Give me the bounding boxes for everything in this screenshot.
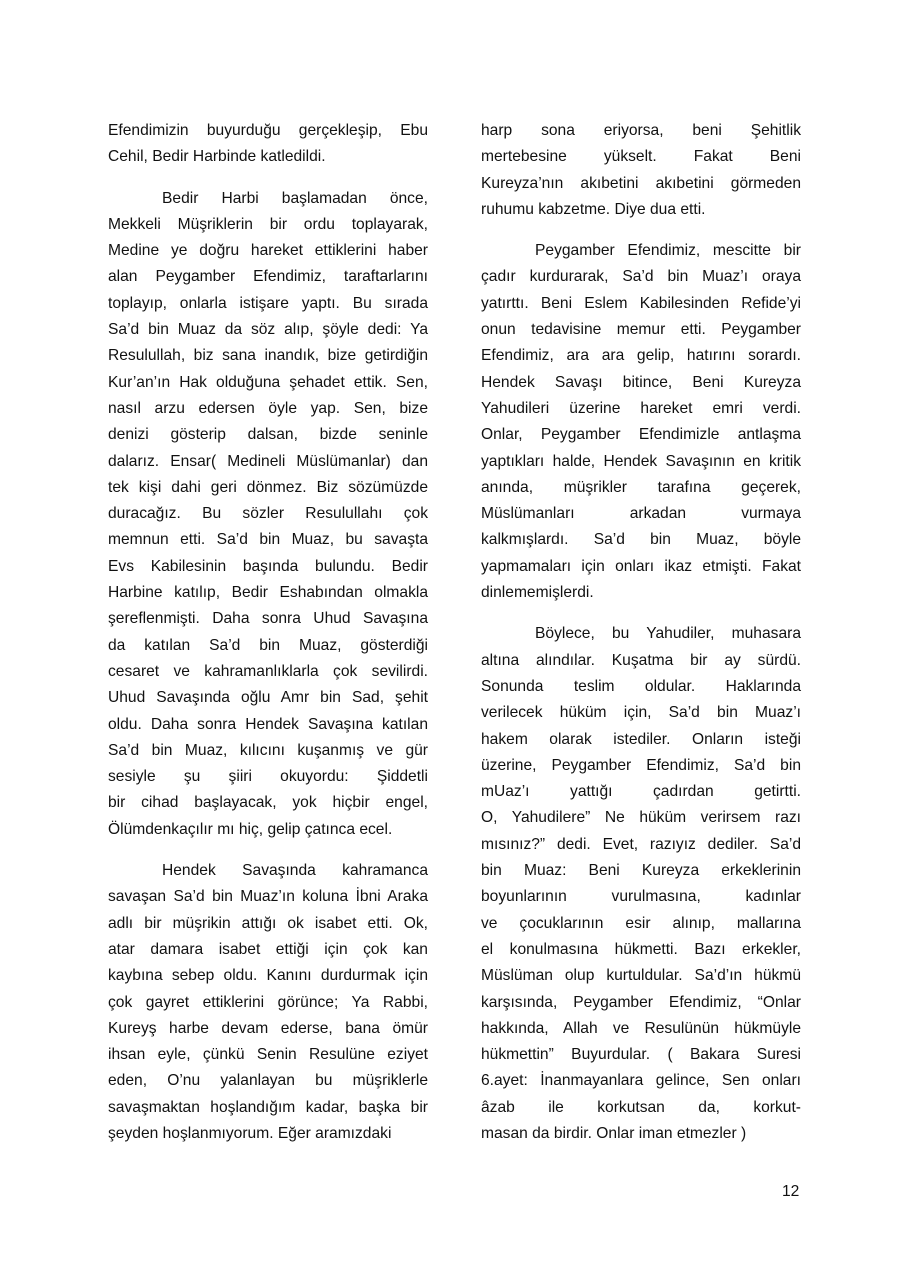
text-line: anında, müşrikler tarafına geçerek,	[481, 475, 801, 501]
text-line: Müslüman olup kurtuldular. Sa’d’ın hükmü	[481, 963, 801, 989]
right-column: harp sona eriyorsa, beni Şehitlikmertebe…	[481, 118, 801, 1162]
text-line: hükmettin” Buyurdular. ( Bakara Suresi	[481, 1042, 801, 1068]
text-line: kaybına sebep oldu. Kanını durdurmak içi…	[108, 963, 428, 989]
text-line: mUaz’ı yattığı çadırdan getirtti.	[481, 779, 801, 805]
text-line: Efendimizin buyurduğu gerçekleşip, Ebu	[108, 118, 428, 144]
text-line: ruhumu kabzetme. Diye dua etti.	[481, 197, 801, 223]
text-line: el konulmasına hükmetti. Bazı erkekler,	[481, 937, 801, 963]
text-line: mısınız?” dedi. Evet, razıyız dediler. S…	[481, 832, 801, 858]
text-line: yapmamaları için onları ikaz etmişti. Fa…	[481, 554, 801, 580]
text-line: Böylece, bu Yahudiler, muhasara	[481, 621, 801, 647]
text-line: Kureyş harbe devam ederse, bana ömür	[108, 1016, 428, 1042]
text-line: Peygamber Efendimiz, mescitte bir	[481, 238, 801, 264]
text-line: Mekkeli Müşriklerin bir ordu toplayarak,	[108, 212, 428, 238]
text-line: Sonunda teslim oldular. Haklarında	[481, 674, 801, 700]
text-line: ihsan eyle, çünkü Senin Resulüne eziyet	[108, 1042, 428, 1068]
page-number: 12	[782, 1183, 799, 1201]
text-line: kalkmışlardı. Sa’d bin Muaz, böyle	[481, 527, 801, 553]
text-line: memnun etti. Sa’d bin Muaz, bu savaşta	[108, 527, 428, 553]
text-line: verilecek hüküm için, Sa’d bin Muaz’ı	[481, 700, 801, 726]
text-line: bin Muaz: Beni Kureyza erkeklerinin	[481, 858, 801, 884]
text-line: Kur’an’ın Hak olduğuna şehadet ettik. Se…	[108, 370, 428, 396]
text-line: adlı bir müşrikin attığı ok isabet etti.…	[108, 911, 428, 937]
text-line: nasıl arzu edersen öyle yap. Sen, bize	[108, 396, 428, 422]
text-line: masan da birdir. Onlar iman etmezler )	[481, 1121, 801, 1147]
text-line: Evs Kabilesinin başında bulundu. Bedir	[108, 554, 428, 580]
text-line: Uhud Savaşında oğlu Amr bin Sad, şehit	[108, 685, 428, 711]
text-line: âzab ile korkutsan da, korkut-	[481, 1095, 801, 1121]
text-line: Bedir Harbi başlamadan önce,	[108, 186, 428, 212]
text-line: Hendek Savaşı bitince, Beni Kureyza	[481, 370, 801, 396]
text-line: Sa’d bin Muaz da söz alıp, şöyle dedi: Y…	[108, 317, 428, 343]
text-line: onun tedavisine memur etti. Peygamber	[481, 317, 801, 343]
text-line: şeyden hoşlanmıyorum. Eğer aramızdaki	[108, 1121, 428, 1147]
text-line: boyunlarının vurulmasına, kadınlar	[481, 884, 801, 910]
text-line: Müslümanları arkadan vurmaya	[481, 501, 801, 527]
text-line: sesiyle şu şiiri okuyordu: Şiddetli	[108, 764, 428, 790]
paragraph: Peygamber Efendimiz, mescitte birçadır k…	[481, 238, 801, 606]
text-line: Onlar, Peygamber Efendimizle antlaşma	[481, 422, 801, 448]
text-line: Hendek Savaşında kahramanca	[108, 858, 428, 884]
text-line: dinlememişlerdi.	[481, 580, 801, 606]
text-line: altına alındılar. Kuşatma bir ay sürdü.	[481, 648, 801, 674]
paragraph: Bedir Harbi başlamadan önce,Mekkeli Müşr…	[108, 186, 428, 843]
text-line: dalarız. Ensar( Medineli Müslümanlar) da…	[108, 449, 428, 475]
text-line: denizi gösterip dalsan, bizde seninle	[108, 422, 428, 448]
text-line: Efendimiz, ara ara gelip, hatırını sorar…	[481, 343, 801, 369]
text-line: Resulullah, biz sana inandık, bize getir…	[108, 343, 428, 369]
text-line: çok gayret ettiklerini görünce; Ya Rabbi…	[108, 990, 428, 1016]
text-line: duracağız. Bu sözler Resulullahı çok	[108, 501, 428, 527]
text-line: hakkında, Allah ve Resulünün hükmüyle	[481, 1016, 801, 1042]
text-line: bir cihad başlayacak, yok hiçbir engel,	[108, 790, 428, 816]
text-line: mertebesine yükselt. Fakat Beni	[481, 144, 801, 170]
text-line: Medine ye doğru hareket ettiklerini habe…	[108, 238, 428, 264]
text-line: Kureyza’nın akıbetini akıbetini görmeden	[481, 171, 801, 197]
text-line: da katılan Sa’d bin Muaz, gösterdiği	[108, 633, 428, 659]
text-line: tek kişi dahi geri dönmez. Biz sözümüzde	[108, 475, 428, 501]
text-line: üzerine, Peygamber Efendimiz, Sa’d bin	[481, 753, 801, 779]
text-line: eden, O’nu yalanlayan bu müşriklerle	[108, 1068, 428, 1094]
text-line: atar damara isabet ettiği için çok kan	[108, 937, 428, 963]
paragraph: Hendek Savaşında kahramancasavaşan Sa’d …	[108, 858, 428, 1147]
text-line: savaşmaktan hoşlandığım kadar, başka bir	[108, 1095, 428, 1121]
text-line: hakem olarak istediler. Onların isteği	[481, 727, 801, 753]
text-line: Harbine katılıp, Bedir Eshabından olmakl…	[108, 580, 428, 606]
paragraph: harp sona eriyorsa, beni Şehitlikmertebe…	[481, 118, 801, 223]
text-line: O, Yahudilere” Ne hüküm verirsem razı	[481, 805, 801, 831]
text-line: yatırttı. Beni Eslem Kabilesinden Refide…	[481, 291, 801, 317]
text-line: ve çocuklarının esir alınıp, mallarına	[481, 911, 801, 937]
text-line: çadır kurdurarak, Sa’d bin Muaz’ı oraya	[481, 264, 801, 290]
text-line: savaşan Sa’d bin Muaz’ın koluna İbni Ara…	[108, 884, 428, 910]
paragraph: Böylece, bu Yahudiler, muhasaraaltına al…	[481, 621, 801, 1147]
text-line: cesaret ve kahramanlıklarla çok sevilird…	[108, 659, 428, 685]
paragraph: Efendimizin buyurduğu gerçekleşip, EbuCe…	[108, 118, 428, 171]
text-line: Cehil, Bedir Harbinde katledildi.	[108, 144, 428, 170]
text-line: toplayıp, onlarla istişare yaptı. Bu sır…	[108, 291, 428, 317]
text-line: şereflenmişti. Daha sonra Uhud Savaşına	[108, 606, 428, 632]
text-line: Yahudileri üzerine hareket emri verdi.	[481, 396, 801, 422]
text-line: karşısında, Peygamber Efendimiz, “Onlar	[481, 990, 801, 1016]
text-line: yaptıkları halde, Hendek Savaşının en kr…	[481, 449, 801, 475]
text-line: harp sona eriyorsa, beni Şehitlik	[481, 118, 801, 144]
text-line: Ölümdenkaçılır mı hiç, gelip çatınca ece…	[108, 817, 428, 843]
text-line: oldu. Daha sonra Hendek Savaşına katılan	[108, 712, 428, 738]
text-line: alan Peygamber Efendimiz, taraftarlarını	[108, 264, 428, 290]
text-line: 6.ayet: İnanmayanlara gelince, Sen onlar…	[481, 1068, 801, 1094]
left-column: Efendimizin buyurduğu gerçekleşip, EbuCe…	[108, 118, 428, 1162]
text-line: Sa’d bin Muaz, kılıcını kuşanmış ve gür	[108, 738, 428, 764]
